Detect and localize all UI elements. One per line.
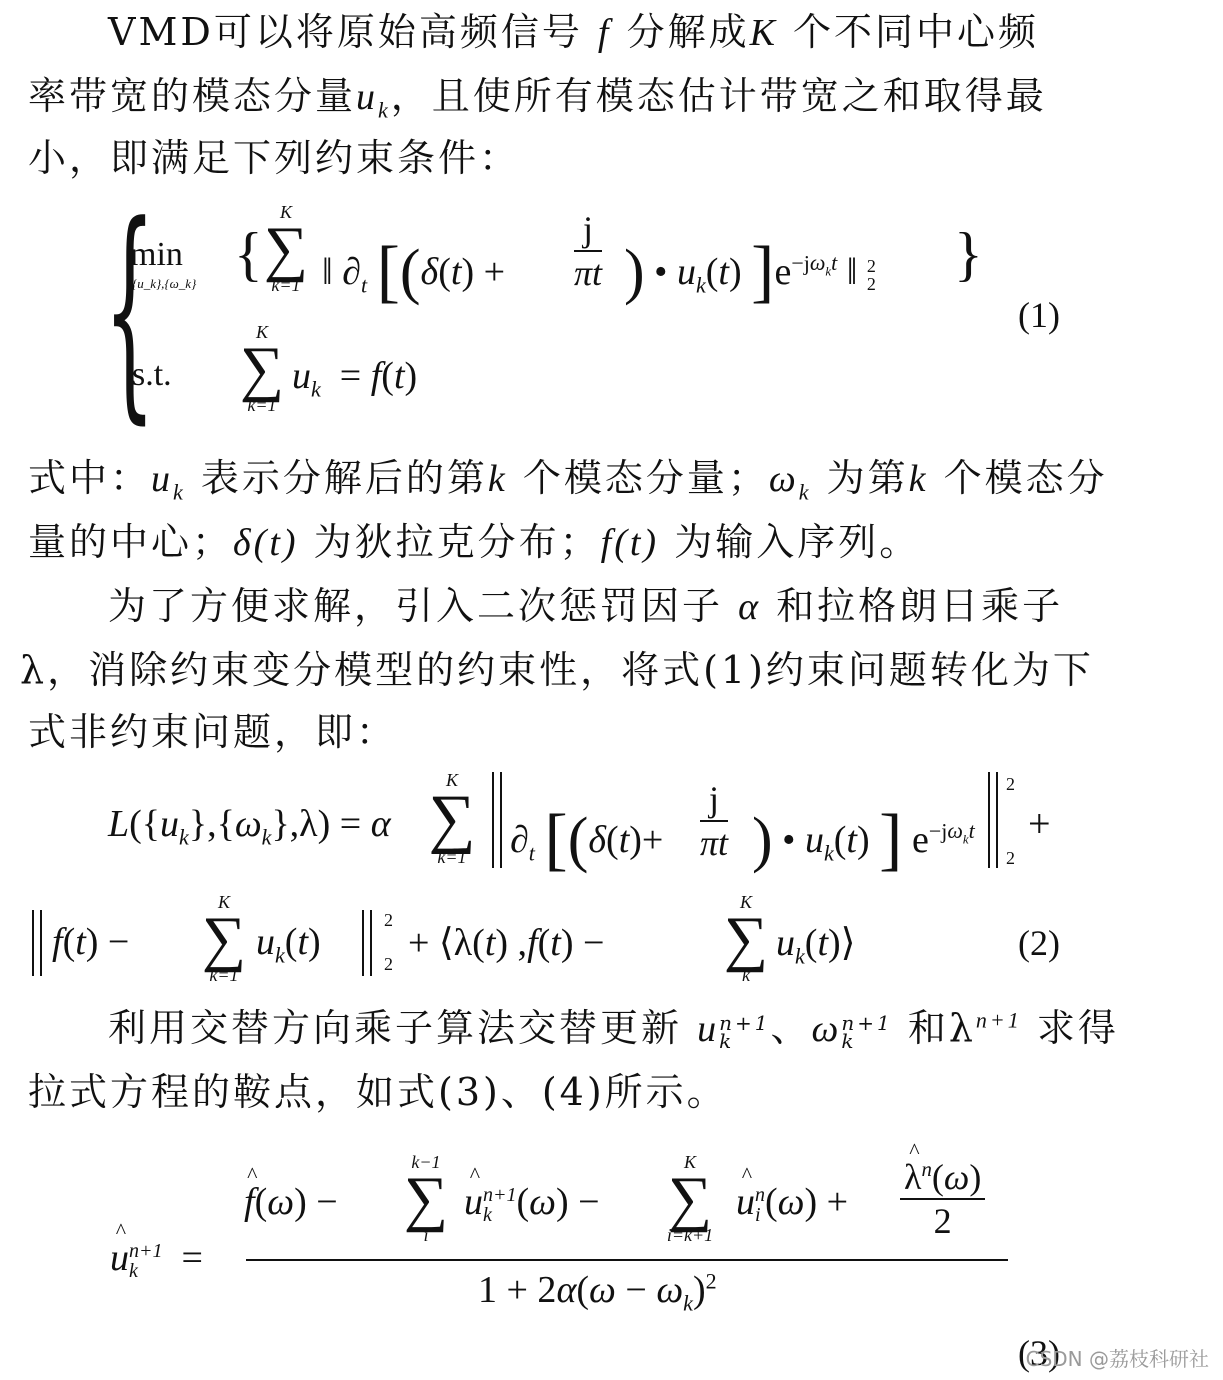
objective-expression-2: ) • uk(t) ]e−jωkt ‖ 22 (624, 232, 876, 312)
eq3-num-c: uni(ω) + (736, 1180, 848, 1225)
var-f: f (598, 12, 612, 54)
sum-4: K ∑ k=1 (196, 892, 252, 986)
norm-exponent: 2 (384, 910, 393, 931)
paragraph-1-line-2: 率带宽的模态分量uk，且使所有模态估计带宽之和取得最 (28, 76, 1047, 117)
norm-left-bar-icon (32, 910, 42, 976)
var-alpha: α (738, 586, 761, 628)
var-omega: ω (769, 458, 799, 500)
right-curly-icon: } (954, 220, 983, 289)
frac-num: j (700, 778, 728, 822)
sigma-icon: ∑ (238, 343, 286, 395)
left-curly-icon: { (234, 220, 263, 289)
frac-num: j (574, 208, 602, 252)
paragraph-1-line-1: VMD可以将原始高频信号 f 分解成K 个不同中心频 (108, 12, 1039, 53)
frac-den: πt (574, 252, 602, 294)
paragraph-3-line-1: 为了方便求解，引入二次惩罚因子 α 和拉格朗日乘子 (108, 586, 1063, 627)
text: 个不同中心频 (793, 10, 1039, 54)
var-f: f(t) (601, 522, 659, 564)
equation-number-1: (1) (1018, 294, 1060, 336)
var-omega: ω (812, 1008, 842, 1050)
text: 表示分解后的第 (201, 456, 488, 500)
sigma-icon: ∑ (398, 1173, 454, 1225)
var-k: k (488, 458, 508, 500)
sigma-icon: ∑ (262, 223, 310, 275)
text: 和拉格朗日乘子 (776, 584, 1063, 628)
sum-7: K ∑ i=k+1 (660, 1152, 720, 1246)
eq3-num-b: un+1k(ω) − (464, 1180, 600, 1225)
var-K: K (750, 12, 778, 54)
eq3-denominator: 1 + 2α(ω − ωk)2 (478, 1268, 717, 1312)
sigma-icon: ∑ (660, 1173, 720, 1225)
lagrangian-term-2b: uk(t) (256, 920, 321, 964)
paragraph-3-line-2: λ，消除约束变分模型的约束性，将式(1)约束问题转化为下 (20, 650, 1094, 690)
paragraph-2-line-2: 量的中心；δ(t) 为狄拉克分布；f(t) 为输入序列。 (28, 522, 920, 563)
fraction-j-pi-t: j πt (574, 208, 602, 294)
text: 为了方便求解，引入二次惩罚因子 (108, 584, 723, 628)
text: 率带宽的模态分量 (28, 74, 356, 118)
lagrangian-term-1: ∂t [(δ(t)+ (510, 800, 663, 880)
norm-subscript: 2 (384, 954, 393, 975)
frac-den: πt (700, 822, 728, 864)
eq3-num-a: f(ω) − (244, 1180, 338, 1224)
text: 为狄拉克分布； (314, 520, 601, 564)
var-delta: δ(t) (233, 522, 299, 564)
sum-6: k−1 ∑ i (398, 1152, 454, 1246)
paragraph-1-line-3: 小，即满足下列约束条件： (28, 138, 520, 178)
sup-n-plus-1: n+1 (976, 1007, 1022, 1032)
text: VMD可以将原始高频信号 (108, 10, 583, 54)
main-fraction-bar (246, 1259, 1008, 1261)
sum-5: K ∑ k (718, 892, 774, 986)
sigma-icon: ∑ (196, 913, 252, 965)
sigma-icon: ∑ (424, 791, 480, 847)
var-u: u (697, 1008, 719, 1050)
text: 式中： (28, 456, 151, 500)
text: 求得 (1037, 1006, 1119, 1050)
sub-k: k (378, 98, 391, 123)
norm-left-bar-icon (492, 772, 502, 868)
norm-exponent: 2 (1006, 774, 1015, 795)
sum-2: K ∑ k=1 (238, 322, 286, 416)
sup-sub: n+1k (841, 1014, 892, 1050)
subject-to-label: s.t. (132, 356, 172, 394)
plus-sign: + (1028, 800, 1051, 847)
lagrangian-lhs: L({uk},{ωk},λ) = α (108, 802, 391, 846)
lagrangian-term-2: f(t) − (52, 920, 129, 964)
text: 为第 (827, 456, 909, 500)
lagrangian-term-1b: ) • uk(t) ] e−jωkt (752, 800, 975, 880)
min-subscript: {u_k},{ω_k} (132, 276, 196, 292)
sub-k: k (799, 480, 812, 505)
norm-right-bar-icon (988, 772, 998, 868)
fraction-lambda-over-2: λn(ω) 2 (900, 1156, 985, 1242)
norm-subscript: 2 (1006, 848, 1015, 869)
equation-number-2: (2) (1018, 922, 1060, 964)
var-k: k (909, 458, 929, 500)
objective-expression: ‖ ∂t [(δ(t) + (322, 232, 505, 312)
paragraph-3-line-3: 式非约束问题，即： (28, 712, 397, 752)
lagrangian-term-3: + ⟨λ(t) ,f(t) − (408, 920, 604, 965)
sup-sub: n+1k (719, 1014, 770, 1050)
text: 分解成 (627, 10, 750, 54)
text: 为输入序列。 (674, 520, 920, 564)
sub-k: k (173, 480, 186, 505)
sigma-icon: ∑ (718, 913, 774, 965)
eq3-lhs: un+1k = (110, 1236, 203, 1281)
text: 和λ (908, 1006, 976, 1050)
var-u: u (151, 458, 173, 500)
paragraph-2-line-1: 式中：uk 表示分解后的第k 个模态分量；ωk 为第k 个模态分 (28, 458, 1108, 499)
text: 个模态分 (944, 456, 1108, 500)
paragraph-4-line-1: 利用交替方向乘子算法交替更新 un+1k、ωn+1k 和λn+1 求得 (108, 1008, 1119, 1050)
paragraph-4-line-2: 拉式方程的鞍点，如式(3)、(4)所示。 (28, 1072, 728, 1112)
norm-right-bar-icon (362, 910, 372, 976)
text: 个模态分量； (523, 456, 769, 500)
sum-3: K ∑ k=1 (424, 770, 480, 868)
text: 量的中心； (28, 520, 233, 564)
text: ，且使所有模态估计带宽之和取得最 (391, 74, 1047, 118)
text: 利用交替方向乘子算法交替更新 (108, 1006, 682, 1050)
min-label: min (130, 236, 183, 273)
constraint-expression: uk = f(t) (292, 354, 417, 398)
sum-1: K ∑ k=1 (262, 202, 310, 296)
watermark: CSDN @荔枝科研社 (1026, 1343, 1209, 1372)
lagrangian-term-3b: uk(t)⟩ (776, 920, 855, 965)
var-u: u (356, 76, 378, 118)
min-operator: min (130, 236, 183, 274)
fraction-j-pi-t-2: j πt (700, 778, 728, 864)
sum-lower: i=k+1 (660, 1225, 720, 1246)
